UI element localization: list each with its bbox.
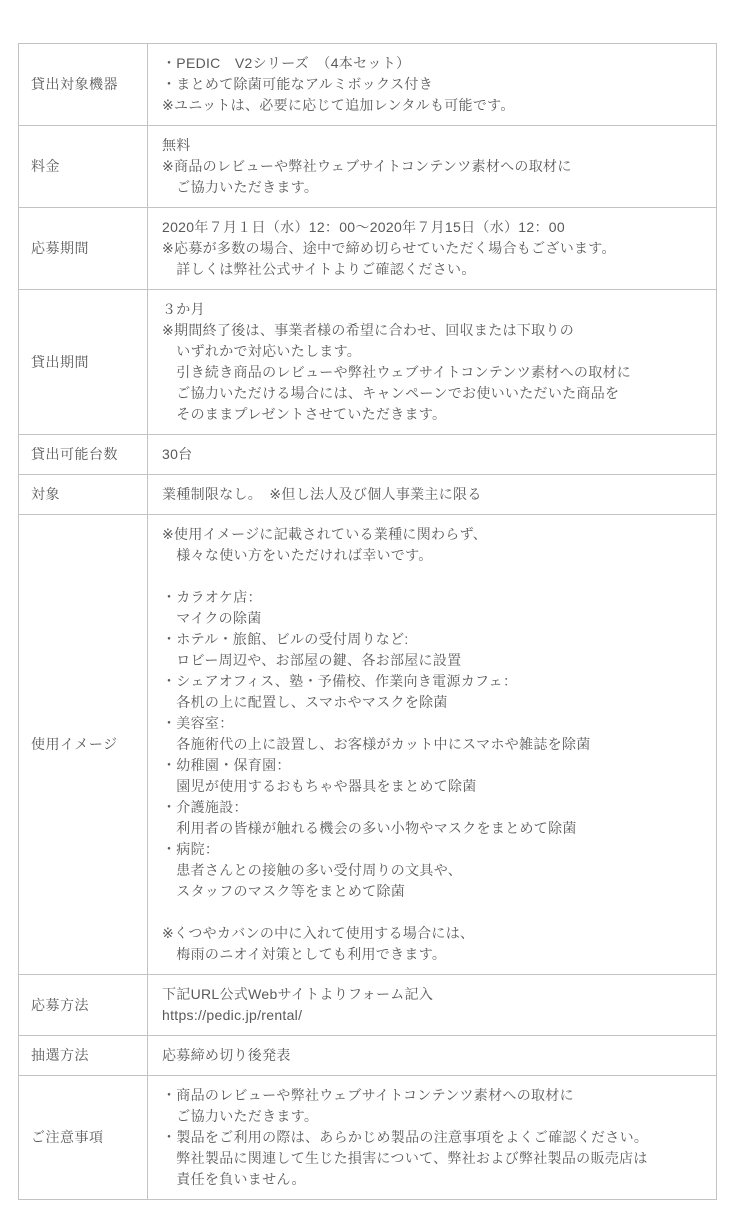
- table-row: 応募期間2020年７月１日（水）12：00〜2020年７月15日（水）12：00…: [19, 208, 717, 290]
- content-line: ・幼稚園・保育園：: [162, 755, 704, 776]
- row-header-cell: 応募方法: [19, 975, 148, 1036]
- row-content-cell: 業種制限なし。 ※但し法人及び個人事業主に限る: [148, 475, 717, 515]
- content-line: 各机の上に配置し、スマホやマスクを除菌: [162, 692, 704, 713]
- info-table-body: 貸出対象機器・PEDIC V2シリーズ （4本セット）・まとめて除菌可能なアルミ…: [19, 44, 717, 1200]
- table-row: 貸出期間３か月※期間終了後は、事業者様の希望に合わせ、回収または下取りの いずれ…: [19, 290, 717, 435]
- table-row: 貸出対象機器・PEDIC V2シリーズ （4本セット）・まとめて除菌可能なアルミ…: [19, 44, 717, 126]
- table-row: 対象業種制限なし。 ※但し法人及び個人事業主に限る: [19, 475, 717, 515]
- content-line: 園児が使用するおもちゃや器具をまとめて除菌: [162, 776, 704, 797]
- row-header-cell: 抽選方法: [19, 1036, 148, 1076]
- content-line: ※商品のレビューや弊社ウェブサイトコンテンツ素材への取材に: [162, 156, 704, 177]
- content-line: 応募締め切り後発表: [162, 1045, 704, 1066]
- content-line: ・製品をご利用の際は、あらかじめ製品の注意事項をよくご確認ください。: [162, 1127, 704, 1148]
- content-line: ※くつやカバンの中に入れて使用する場合には、: [162, 923, 704, 944]
- row-header-cell: ご注意事項: [19, 1076, 148, 1200]
- row-content-cell: ３か月※期間終了後は、事業者様の希望に合わせ、回収または下取りの いずれかで対応…: [148, 290, 717, 435]
- table-row: 応募方法下記URL公式Webサイトよりフォーム記入https://pedic.j…: [19, 975, 717, 1036]
- row-header-cell: 料金: [19, 126, 148, 208]
- row-content-cell: 応募締め切り後発表: [148, 1036, 717, 1076]
- row-content-cell: ・PEDIC V2シリーズ （4本セット）・まとめて除菌可能なアルミボックス付き…: [148, 44, 717, 126]
- campaign-info-table: 貸出対象機器・PEDIC V2シリーズ （4本セット）・まとめて除菌可能なアルミ…: [18, 43, 717, 1200]
- content-line: 患者さんとの接触の多い受付周りの文具や、: [162, 860, 704, 881]
- content-line: 詳しくは弊社公式サイトよりご確認ください。: [162, 259, 704, 280]
- content-line: 下記URL公式Webサイトよりフォーム記入: [162, 984, 704, 1005]
- content-line: 無料: [162, 135, 704, 156]
- content-line: ・美容室：: [162, 713, 704, 734]
- content-line: そのままプレゼントさせていただきます。: [162, 404, 704, 425]
- content-line: 30台: [162, 444, 704, 465]
- content-line: スタッフのマスク等をまとめて除菌: [162, 881, 704, 902]
- content-line: ※期間終了後は、事業者様の希望に合わせ、回収または下取りの: [162, 320, 704, 341]
- content-line: [162, 902, 704, 923]
- content-line: マイクの除菌: [162, 608, 704, 629]
- content-line: 様々な使い方をいただければ幸いです。: [162, 545, 704, 566]
- content-line: いずれかで対応いたします。: [162, 341, 704, 362]
- row-header-cell: 貸出可能台数: [19, 435, 148, 475]
- content-line: ご協力いただける場合には、キャンペーンでお使いいただいた商品を: [162, 383, 704, 404]
- content-line: ・病院：: [162, 839, 704, 860]
- table-row: 使用イメージ※使用イメージに記載されている業種に関わらず、 様々な使い方をいただ…: [19, 515, 717, 975]
- content-line: 責任を負いません。: [162, 1169, 704, 1190]
- row-content-cell: 下記URL公式Webサイトよりフォーム記入https://pedic.jp/re…: [148, 975, 717, 1036]
- content-line: 業種制限なし。 ※但し法人及び個人事業主に限る: [162, 484, 704, 505]
- content-line: ３か月: [162, 299, 704, 320]
- row-content-cell: 30台: [148, 435, 717, 475]
- row-header-cell: 対象: [19, 475, 148, 515]
- content-line: 各施術代の上に設置し、お客様がカット中にスマホや雑誌を除菌: [162, 734, 704, 755]
- table-row: 料金無料※商品のレビューや弊社ウェブサイトコンテンツ素材への取材に ご協力いただ…: [19, 126, 717, 208]
- content-line: ・カラオケ店：: [162, 587, 704, 608]
- content-line: 利用者の皆様が触れる機会の多い小物やマスクをまとめて除菌: [162, 818, 704, 839]
- content-line: ご協力いただきます。: [162, 177, 704, 198]
- content-line: ご協力いただきます。: [162, 1106, 704, 1127]
- content-line: 梅雨のニオイ対策としても利用できます。: [162, 944, 704, 965]
- content-line: ・シェアオフィス、塾・予備校、作業向き電源カフェ：: [162, 671, 704, 692]
- row-header-cell: 貸出期間: [19, 290, 148, 435]
- content-line: ※ユニットは、必要に応じて追加レンタルも可能です。: [162, 95, 704, 116]
- content-line: 弊社製品に関連して生じた損害について、弊社および弊社製品の販売店は: [162, 1148, 704, 1169]
- content-line: ロビー周辺や、お部屋の鍵、各お部屋に設置: [162, 650, 704, 671]
- table-row: 貸出可能台数30台: [19, 435, 717, 475]
- content-line: ・ホテル・旅館、ビルの受付周りなど:: [162, 629, 704, 650]
- table-row: ご注意事項・商品のレビューや弊社ウェブサイトコンテンツ素材への取材に ご協力いた…: [19, 1076, 717, 1200]
- row-header-cell: 貸出対象機器: [19, 44, 148, 126]
- row-content-cell: 無料※商品のレビューや弊社ウェブサイトコンテンツ素材への取材に ご協力いただきま…: [148, 126, 717, 208]
- application-url-text: https://pedic.jp/rental/: [162, 1005, 704, 1026]
- content-line: ・PEDIC V2シリーズ （4本セット）: [162, 53, 704, 74]
- content-line: 2020年７月１日（水）12：00〜2020年７月15日（水）12：00: [162, 217, 704, 238]
- content-line: ※応募が多数の場合、途中で締め切らせていただく場合もございます。: [162, 238, 704, 259]
- row-content-cell: ・商品のレビューや弊社ウェブサイトコンテンツ素材への取材に ご協力いただきます。…: [148, 1076, 717, 1200]
- row-header-cell: 使用イメージ: [19, 515, 148, 975]
- content-line: ・介護施設：: [162, 797, 704, 818]
- row-content-cell: ※使用イメージに記載されている業種に関わらず、 様々な使い方をいただければ幸いで…: [148, 515, 717, 975]
- content-line: [162, 566, 704, 587]
- table-row: 抽選方法応募締め切り後発表: [19, 1036, 717, 1076]
- campaign-spec-document: 貸出対象機器・PEDIC V2シリーズ （4本セット）・まとめて除菌可能なアルミ…: [0, 0, 740, 1200]
- content-line: 引き続き商品のレビューや弊社ウェブサイトコンテンツ素材への取材に: [162, 362, 704, 383]
- content-line: ・商品のレビューや弊社ウェブサイトコンテンツ素材への取材に: [162, 1085, 704, 1106]
- row-header-cell: 応募期間: [19, 208, 148, 290]
- row-content-cell: 2020年７月１日（水）12：00〜2020年７月15日（水）12：00※応募が…: [148, 208, 717, 290]
- content-line: ※使用イメージに記載されている業種に関わらず、: [162, 524, 704, 545]
- content-line: ・まとめて除菌可能なアルミボックス付き: [162, 74, 704, 95]
